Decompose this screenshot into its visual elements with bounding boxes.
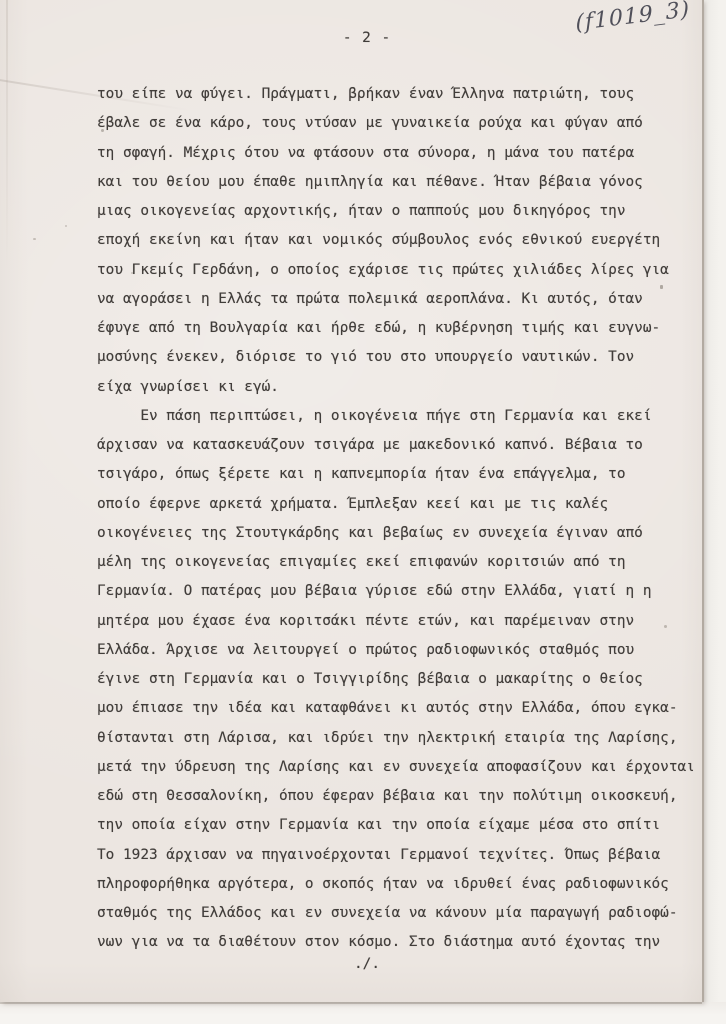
typewritten-line: θίστανται στη Λάρισα, και ιδρύει την ηλε… — [97, 724, 702, 753]
typewritten-line: Το 1923 άρχισαν να πηγαινοέρχονται Γερμα… — [97, 841, 702, 870]
footer-mark: ./. — [97, 956, 637, 972]
scanner-background-bottom — [0, 1002, 726, 1024]
typewritten-line: μιας οικογενείας αρχοντικής, ήταν ο παππ… — [97, 197, 702, 226]
typewritten-line: Γερμανία. Ο πατέρας μου βέβαια γύρισε εδ… — [97, 577, 702, 606]
typewritten-line: μετά την ύδρευση της Λαρίσης και εν συνε… — [97, 753, 702, 782]
typewritten-line: μοσύνης ένεκεν, διόρισε το γιό του στο υ… — [97, 343, 702, 372]
typewritten-line: οικογένειες της Στουτγκάρδης και βεβαίως… — [97, 519, 702, 548]
typewritten-line: εδώ στη Θεσσαλονίκη, όπου έφεραν βέβαια … — [97, 782, 702, 811]
paper-speck — [664, 625, 667, 628]
typewritten-line: την οποία είχαν στην Γερμανία και την οπ… — [97, 811, 702, 840]
typewritten-line: έβαλε σε ένα κάρο, τους ντύσαν με γυναικ… — [97, 109, 702, 138]
page-number: - 2 - — [97, 30, 637, 46]
paper-speck — [33, 238, 36, 240]
typewritten-line: Εν πάση περιπτώσει, η οικογένεια πήγε στ… — [97, 402, 702, 431]
typewritten-line: τσιγάρο, όπως ξέρετε και η καπνεμπορία ή… — [97, 460, 702, 489]
typewritten-line: σταθμός της Ελλάδος και εν συνεχεία να κ… — [97, 899, 702, 928]
paper-speck — [65, 225, 67, 227]
typewritten-line: μου έπιασε την ιδέα και καταφθάνει κι αυ… — [97, 694, 702, 723]
typewritten-line: μητέρα μου έχασε ένα κοριτσάκι πέντε ετώ… — [97, 607, 702, 636]
typewritten-line: νων για να τα διαθέτουν στον κόσμο. Στο … — [97, 928, 702, 957]
typewritten-line: έφυγε από τη Βουλγαρία και ήρθε εδώ, η κ… — [97, 314, 702, 343]
typewritten-line: μέλη της οικογενείας επιγαμίες εκεί επιφ… — [97, 548, 702, 577]
typewritten-line: εποχή εκείνη και ήταν και νομικός σύμβου… — [97, 226, 702, 255]
typewritten-line: τη σφαγή. Μέχρις ότου να φτάσουν στα σύν… — [97, 139, 702, 168]
paper-speck — [131, 272, 133, 274]
paper-crease — [6, 0, 8, 300]
typewritten-body: του είπε να φύγει. Πράγματι, βρήκαν έναν… — [97, 80, 702, 958]
paper-speck — [660, 285, 663, 289]
scanner-background-right — [704, 0, 726, 1002]
paper-speck — [101, 129, 104, 132]
paper-sheet: (f1019_3) - 2 - του είπε να φύγει. Πράγμ… — [0, 0, 702, 1002]
typewritten-line: οποίο έφερνε αρκετά χρήματα. Έμπλεξαν κε… — [97, 490, 702, 519]
typewritten-line: του Γκεμίς Γερδάνη, ο οποίος εχάρισε τις… — [97, 256, 702, 285]
typewritten-line: να αγοράσει η Ελλάς τα πρώτα πολεμικά αε… — [97, 285, 702, 314]
typewritten-line: έγινε στη Γερμανία και ο Τσιγγιρίδης βέβ… — [97, 665, 702, 694]
typewritten-line: είχα γνωρίσει κι εγώ. — [97, 373, 702, 402]
typewritten-line: του είπε να φύγει. Πράγματι, βρήκαν έναν… — [97, 80, 702, 109]
scanned-typewritten-page: (f1019_3) - 2 - του είπε να φύγει. Πράγμ… — [0, 0, 726, 1024]
typewritten-line: Ελλάδα. Άρχισε να λειτουργεί ο πρώτος ρα… — [97, 636, 702, 665]
paper-speck — [133, 623, 135, 625]
typewritten-line: και του θείου μου έπαθε ημιπληγία και πέ… — [97, 168, 702, 197]
typewritten-line: πληροφορήθηκα αργότερα, ο σκοπός ήταν να… — [97, 870, 702, 899]
typewritten-line: άρχισαν να κατασκευάζουν τσιγάρα με μακε… — [97, 431, 702, 460]
